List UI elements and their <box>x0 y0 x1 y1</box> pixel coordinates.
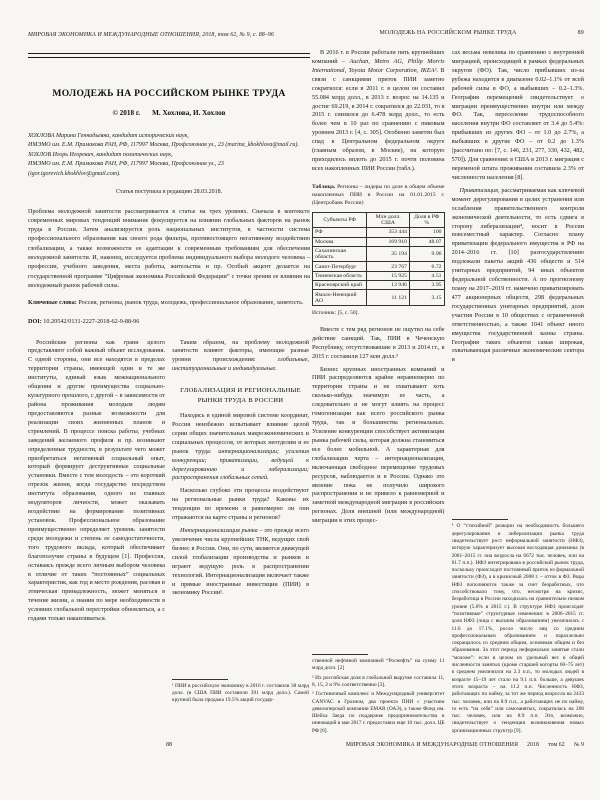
paragraph-italic: Приватизация, <box>460 187 500 194</box>
paragraph: Интернационализация рынка – это прежде в… <box>172 527 309 598</box>
footer-journal-title: МИРОВАЯ ЭКОНОМИКА И МЕЖДУНАРОДНЫЕ ОТНОШЕ… <box>346 742 518 748</box>
cell-usd: 35 194 <box>367 246 410 261</box>
keywords: Ключевые слова: Россия, регионы, рынок т… <box>28 298 310 307</box>
cell-share: 4.51 <box>409 271 444 280</box>
left-page-column-1: Российские регионы как грани целого пред… <box>28 339 165 707</box>
section-heading: ГЛОБАЛИЗАЦИЯ И РЕГИОНАЛЬНЫЕ РЫНКИ ТРУДА … <box>176 386 305 405</box>
table-source: Источник: [5, с. 50]. <box>312 310 445 316</box>
footnote-rule <box>172 679 228 680</box>
paragraph: В 2016 г. в России работали пять крупней… <box>312 49 445 174</box>
article-title: МОЛОДЕЖЬ НА РОССИЙСКОМ РЫНКЕ ТРУДА <box>28 88 310 99</box>
table-caption-label: Таблица. <box>312 184 335 190</box>
footnotes-left-page: ¹ ПИИ в российскую экономику в 2016 г. с… <box>172 676 309 707</box>
paragraph: Бизнес крупных иностранных компаний и ПИ… <box>312 366 445 527</box>
cell-share: 3.95 <box>409 281 444 290</box>
abstract: Проблема молодежной занятости рассматрив… <box>28 207 310 291</box>
body-columns-left-page: Российские регионы как грани целого пред… <box>28 339 310 707</box>
cell-region: Красноярский край <box>313 281 367 290</box>
paragraph-text: . В связи с санкциями приток ПИИ заметно… <box>312 67 445 172</box>
column-header: Доля в РФ % <box>409 212 444 227</box>
doi: DOI: 10.20542/0131-2227-2018-62-9-88-96 <box>28 318 310 325</box>
paragraph: Насколько глубоко эти процессы воздейств… <box>172 487 309 523</box>
cell-region: РФ <box>313 228 367 237</box>
byline: © 2018 г.М. Хохлова, И. Хохлов <box>28 109 310 117</box>
journal-footer: МИРОВАЯ ЭКОНОМИКА И МЕЖДУНАРОДНЫЕ ОТНОШЕ… <box>346 742 584 748</box>
table-row: Тюменская область15 9254.51 <box>313 271 445 280</box>
cell-share: 100 <box>409 228 444 237</box>
table-row: Ямало-Ненецкий АО11 1213.15 <box>313 290 445 305</box>
paragraph: Приватизация, рассматриваемая как ключев… <box>452 187 585 365</box>
table-row: Сахалинская область35 1949.96 <box>313 246 445 261</box>
paragraph: Российские регионы как грани целого пред… <box>28 339 165 625</box>
footnotes-right-page-col2: ⁴ О “стихийной” реакции на необходимость… <box>452 516 585 737</box>
paragraph-text: – это прежде всего увеличение числа круп… <box>172 527 309 596</box>
column-header: Млн долл. США <box>367 212 410 227</box>
footer-issue: № 9 <box>574 742 584 748</box>
affiliation-line: ХОХЛОВ Игорь Игоревич, кандидат политиче… <box>28 151 310 161</box>
body-columns-right-page: В 2016 г. в России работали пять крупней… <box>312 49 584 737</box>
page-number-right: 89 <box>578 30 584 36</box>
footnote-4: ⁴ О “стихийной” реакции на необходимость… <box>452 523 585 735</box>
paragraph-text: рассматриваемая как ключевой момент дере… <box>452 187 585 364</box>
affiliation-line: ИМЭМО им. Е.М. Примакова РАН, РФ, 117997… <box>28 141 310 151</box>
table-caption: Таблица. Регионы – лидеры по доле в обще… <box>312 184 445 208</box>
cell-region: Москва <box>313 237 367 246</box>
cell-usd: 353 444 <box>367 228 410 237</box>
cell-region: Ямало-Ненецкий АО <box>313 290 367 305</box>
paragraph: Вместе с тем ряд регионов не ощутил на с… <box>312 326 445 362</box>
footnote-2: ² Их российская доля в глобальной выручк… <box>312 675 445 690</box>
keywords-text: Россия, регионы, рынок труда, молодежь, … <box>77 299 304 306</box>
table-header: Субъекты РФ Млн долл. США Доля в РФ % <box>313 212 445 227</box>
table-row: Москва169 91048.07 <box>313 237 445 246</box>
affiliation-line: ХОХЛОВА Марина Геннадьевна, кандидат ист… <box>28 132 310 142</box>
footnote-3: ³ Гостиничный комплекс и Международный у… <box>312 691 445 735</box>
footer-volume: том 62 <box>548 742 565 748</box>
cell-region: Санкт-Петербург <box>313 262 367 271</box>
cell-usd: 169 910 <box>367 237 410 246</box>
author-affiliations: ХОХЛОВА Марина Геннадьевна, кандидат ист… <box>28 132 310 180</box>
paragraph: Таким образом, на проблему молодежной за… <box>172 339 309 375</box>
running-title: МОЛОДЕЖЬ НА РОССИЙСКОМ РЫНКЕ ТРУДА <box>379 30 516 36</box>
footer-year: 2018 <box>527 742 539 748</box>
column-header: Субъекты РФ <box>313 212 367 227</box>
doi-value: 10.20542/0131-2227-2018-62-9-88-96 <box>42 318 140 325</box>
running-head: МОЛОДЕЖЬ НА РОССИЙСКОМ РЫНКЕ ТРУДА 89 <box>312 30 584 36</box>
table-row: Санкт-Петербург23 7676.72 <box>313 262 445 271</box>
cell-usd: 23 767 <box>367 262 410 271</box>
cell-usd: 15 925 <box>367 271 410 280</box>
table: Субъекты РФ Млн долл. США Доля в РФ % РФ… <box>312 212 445 306</box>
cell-share: 6.72 <box>409 262 444 271</box>
author-names: М. Хохлова, И. Хохлов <box>152 109 225 117</box>
cell-share: 3.15 <box>409 290 444 305</box>
table-row: Красноярский край13 9463.95 <box>313 281 445 290</box>
footnote-rule <box>312 654 368 655</box>
journal-reference: МИРОВАЯ ЭКОНОМИКА И МЕЖДУНАРОДНЫЕ ОТНОШЕ… <box>28 32 310 38</box>
footnote-1: ¹ ПИИ в российскую экономику в 2016 г. с… <box>172 683 309 705</box>
keywords-label: Ключевые слова: <box>28 299 77 306</box>
cell-region: Сахалинская область <box>313 246 367 261</box>
footnote-rule <box>452 519 508 520</box>
doi-label: DOI: <box>28 318 42 325</box>
page-number-left: 88 <box>28 742 310 748</box>
paragraph-continuation: сах весьма невелика по сравнению с внутр… <box>452 49 585 183</box>
table-row: РФ353 444100 <box>313 228 445 237</box>
header-rule <box>28 53 310 58</box>
copyright-notice: © 2018 г. <box>113 109 141 117</box>
right-page-column-2: сах весьма невелика по сравнению с внутр… <box>452 49 585 737</box>
cell-usd: 13 946 <box>367 281 410 290</box>
right-page-column-1: В 2016 г. в России работали пять крупней… <box>312 49 445 737</box>
cell-share: 48.07 <box>409 237 444 246</box>
table-header-row: Субъекты РФ Млн долл. США Доля в РФ % <box>313 212 445 227</box>
cell-usd: 11 121 <box>367 290 410 305</box>
received-date: Статья поступила в редакцию 28.03.2018. <box>28 189 310 195</box>
paragraph: Находясь в единой мировой системе коорди… <box>172 412 309 483</box>
table-body: РФ353 444100 Москва169 91048.07 Сахалинс… <box>313 228 445 306</box>
cell-region: Тюменская область <box>313 271 367 280</box>
footnote-1-continued: ственной нефтяной компанией “Роснефть” н… <box>312 658 445 673</box>
left-page-column-2: Таким образом, на проблему молодежной за… <box>172 339 309 707</box>
page-left: МИРОВАЯ ЭКОНОМИКА И МЕЖДУНАРОДНЫЕ ОТНОШЕ… <box>28 0 310 800</box>
footnotes-right-page-col1: ственной нефтяной компанией “Роснефть” н… <box>312 651 445 737</box>
fdi-regions-table: Таблица. Регионы – лидеры по доле в обще… <box>312 184 445 320</box>
paragraph-italic: Интернационализация рынка <box>180 527 258 534</box>
cell-share: 9.96 <box>409 246 444 261</box>
affiliation-line: ИМЭМО им. Е.М. Примакова РАН, РФ, 117997… <box>28 160 310 179</box>
page-right: МОЛОДЕЖЬ НА РОССИЙСКОМ РЫНКЕ ТРУДА 89 В … <box>312 0 584 800</box>
